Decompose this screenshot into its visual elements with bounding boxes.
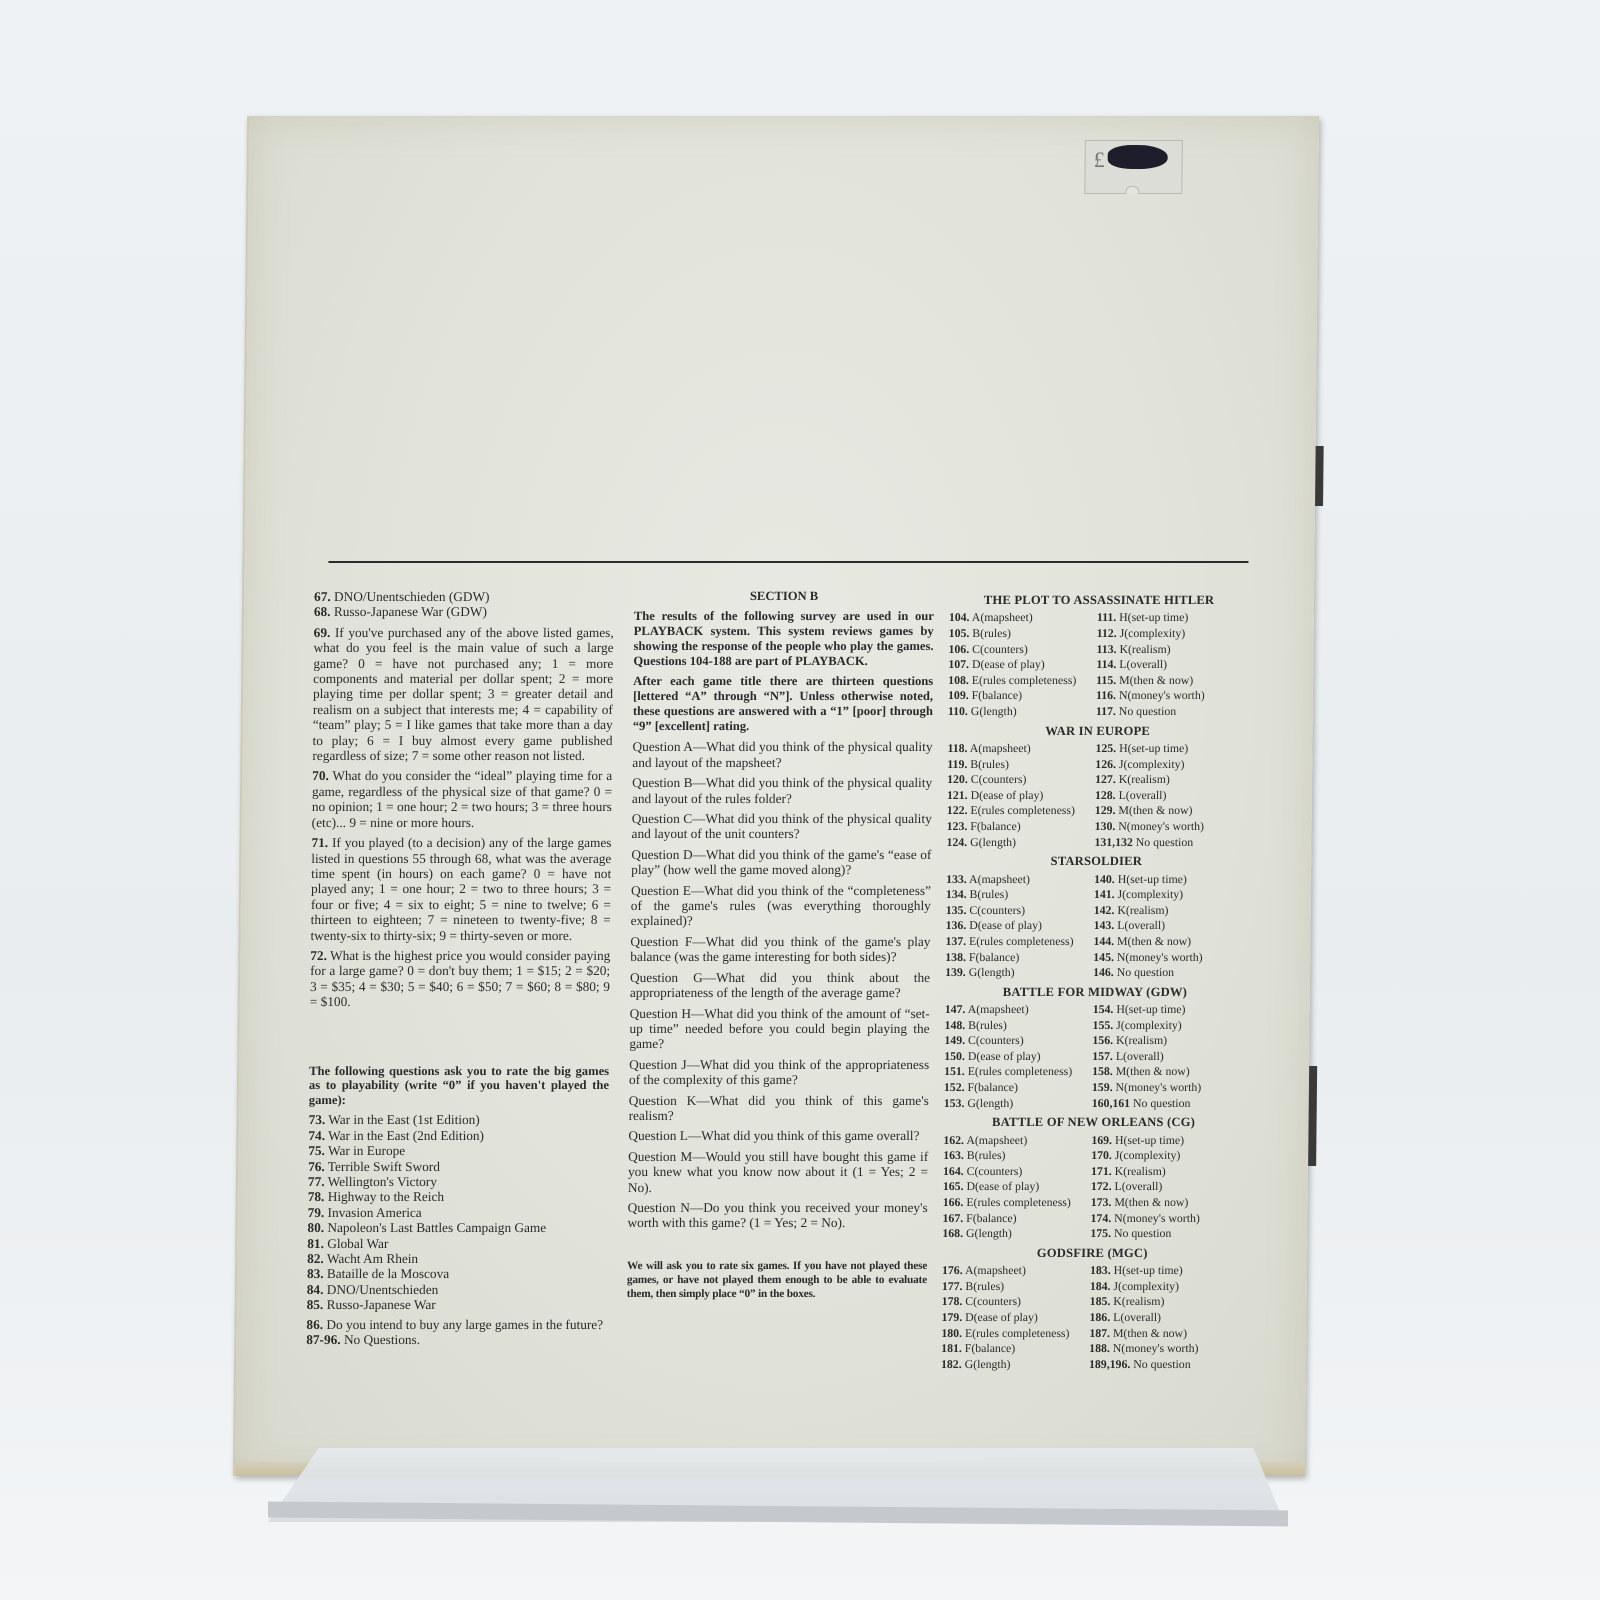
item-number: 177. (942, 1279, 963, 1293)
item-number: 105. (949, 626, 970, 640)
rating-item: 166. E(rules completeness) (943, 1195, 1091, 1211)
item-label: N(money's worth) (1117, 950, 1203, 964)
rating-item: 134. B(rules) (946, 887, 1094, 903)
item-number: 164. (943, 1164, 964, 1178)
item-label: H(set-up time) (1116, 1002, 1185, 1016)
item-number: 175. (1090, 1226, 1111, 1240)
item-number: 181. (941, 1341, 962, 1355)
item-number: 174. (1091, 1211, 1112, 1225)
item-label: M(then & now) (1119, 673, 1193, 687)
item-label: A(mapsheet) (968, 1002, 1029, 1016)
item-label: G(length) (970, 835, 1016, 849)
rating-item: 110. G(length) (948, 704, 1096, 720)
binding-mark (1315, 446, 1324, 506)
rating-item: 123. F(balance) (947, 819, 1095, 835)
item-number: 170. (1091, 1148, 1112, 1162)
rating-item: 127. K(realism) (1095, 772, 1247, 788)
item-number: 156. (1092, 1033, 1113, 1047)
item-label: F(balance) (970, 819, 1021, 833)
rating-item: 151. E(rules completeness) (944, 1064, 1092, 1080)
rating-item: 153. G(length) (944, 1096, 1092, 1112)
item-number: 151. (944, 1064, 965, 1078)
section-instructions: After each game title there are thirteen… (633, 674, 934, 734)
item-label: A(mapsheet) (970, 741, 1031, 755)
item-label: No question (1117, 965, 1174, 979)
item-number: 143. (1094, 918, 1115, 932)
list-item: 84. DNO/Unentschieden (307, 1282, 607, 1297)
rating-item: 185. K(realism) (1090, 1294, 1242, 1310)
rating-item: 105. B(rules) (949, 626, 1097, 642)
item-label: G(length) (971, 704, 1017, 718)
item-number: 138. (945, 950, 966, 964)
rating-item: 171. K(realism) (1091, 1164, 1243, 1180)
game-title: THE PLOT TO ASSASSINATE HITLER (949, 593, 1249, 608)
item-label: L(overall) (1119, 657, 1167, 671)
rating-item: 180. E(rules completeness) (941, 1326, 1089, 1342)
item-number: 158. (1092, 1064, 1113, 1078)
item-number: 160,161 (1092, 1096, 1130, 1110)
rating-grid: 176. A(mapsheet)183. H(set-up time)177. … (941, 1263, 1242, 1372)
rating-item: 129. M(then & now) (1095, 803, 1247, 819)
item-number: 136. (946, 918, 967, 932)
item-number: 157. (1092, 1049, 1113, 1063)
item-label: No question (1136, 835, 1193, 849)
rating-item: 148. B(rules) (945, 1018, 1093, 1034)
rating-item: 114. L(overall) (1096, 657, 1248, 673)
item-number: 134. (946, 887, 967, 901)
item-number: 118. (947, 741, 967, 755)
rating-item: 165. D(ease of play) (943, 1179, 1091, 1195)
rating-item: 138. F(balance) (945, 950, 1093, 966)
rating-item: 115. M(then & now) (1096, 673, 1248, 689)
item-label: L(overall) (1116, 1049, 1164, 1063)
rating-item: 122. E(rules completeness) (947, 803, 1095, 819)
item-number: 141. (1094, 887, 1115, 901)
item-label: B(rules) (967, 1148, 1006, 1162)
item-label: D(ease of play) (965, 1310, 1038, 1324)
question-k: Question K—What did you think of this ga… (629, 1093, 929, 1124)
rating-item: 125. H(set-up time) (1095, 741, 1247, 757)
rating-item: 168. G(length) (942, 1226, 1090, 1242)
item-label: E(rules completeness) (968, 1064, 1073, 1078)
item-label: C(counters) (971, 772, 1027, 786)
rating-item: 181. F(balance) (941, 1341, 1089, 1357)
item-number: 122. (947, 803, 968, 817)
item-label: B(rules) (972, 626, 1011, 640)
column-3: THE PLOT TO ASSASSINATE HITLER104. A(map… (941, 589, 1249, 1372)
list-item: 74. War in the East (2nd Edition) (308, 1128, 608, 1143)
item-number: 127. (1095, 772, 1116, 786)
column-1: 67. DNO/Unentschieden (GDW) 68. Russo-Ja… (306, 589, 614, 1352)
item-number: 182. (941, 1357, 962, 1371)
question-86: 86. Do you intend to buy any large games… (306, 1317, 606, 1332)
item-label: K(realism) (1113, 1294, 1164, 1308)
item-number: 159. (1092, 1080, 1113, 1094)
rating-item: 155. J(complexity) (1093, 1018, 1245, 1034)
rating-item: 118. A(mapsheet) (947, 741, 1095, 757)
item-number: 104. (949, 610, 970, 624)
list-item: 81. Global War (307, 1236, 607, 1251)
question-72: 72. What is the highest price you would … (310, 948, 611, 1010)
list-item: 78. Highway to the Reich (308, 1189, 608, 1204)
game-title: BATTLE FOR MIDWAY (GDW) (945, 985, 1245, 1000)
section-heading: SECTION B (634, 589, 934, 604)
rating-grid: 118. A(mapsheet)125. H(set-up time)119. … (946, 741, 1247, 850)
item-label: L(overall) (1113, 1310, 1161, 1324)
item-number: 107. (948, 657, 969, 671)
item-label: J(complexity) (1116, 1018, 1182, 1032)
item-label: A(mapsheet) (966, 1133, 1027, 1147)
closing-note: We will ask you to rate six games. If yo… (627, 1259, 927, 1301)
item-number: 144. (1093, 934, 1114, 948)
item-label: No question (1119, 704, 1176, 718)
item-label: N(money's worth) (1115, 1080, 1201, 1094)
rating-grid: 104. A(mapsheet)111. H(set-up time)105. … (948, 610, 1249, 719)
item-label: K(realism) (1119, 642, 1170, 656)
item-number: 109. (948, 688, 969, 702)
list-item: 80. Napoleon's Last Battles Campaign Gam… (307, 1220, 607, 1235)
rating-item: 169. H(set-up time) (1091, 1133, 1243, 1149)
item-label: M(then & now) (1116, 1064, 1190, 1078)
item-label: No question (1133, 1357, 1190, 1371)
item-label: D(ease of play) (966, 1179, 1039, 1193)
game-title: GODSFIRE (MGC) (942, 1246, 1242, 1261)
item-number: 123. (947, 819, 968, 833)
item-label: D(ease of play) (971, 788, 1044, 802)
item-label: M(then & now) (1114, 1195, 1188, 1209)
item-number: 137. (945, 934, 966, 948)
rating-item: 108. E(rules completeness) (948, 673, 1096, 689)
item-label: F(balance) (965, 1341, 1016, 1355)
item-number: 152. (944, 1080, 965, 1094)
item-label: C(counters) (968, 1033, 1024, 1047)
item-number: 115. (1096, 673, 1116, 687)
rating-item: 133. A(mapsheet) (946, 872, 1094, 888)
rating-item: 147. A(mapsheet) (945, 1002, 1093, 1018)
rating-item: 106. C(counters) (948, 642, 1096, 658)
rating-item: 121. D(ease of play) (947, 788, 1095, 804)
item-label: G(length) (969, 965, 1015, 979)
rating-item: 145. N(money's worth) (1093, 950, 1245, 966)
rating-item: 177. B(rules) (942, 1279, 1090, 1295)
item-label: G(length) (966, 1226, 1012, 1240)
rating-grid: 133. A(mapsheet)140. H(set-up time)134. … (945, 872, 1246, 981)
section-intro: The results of the following survey are … (633, 609, 934, 669)
item-number: 131,132 (1094, 835, 1132, 849)
item-label: K(realism) (1119, 772, 1170, 786)
item-label: E(rules completeness) (972, 673, 1077, 687)
item-number: 146. (1093, 965, 1114, 979)
item-number: 154. (1093, 1002, 1114, 1016)
item-label: B(rules) (970, 757, 1009, 771)
question-69: 69. If you've purchased any of the above… (312, 625, 613, 764)
item-number: 111. (1097, 610, 1116, 624)
rating-item: 187. M(then & now) (1089, 1326, 1241, 1342)
ink-blot (1108, 145, 1168, 169)
rating-item: 135. C(counters) (946, 903, 1094, 919)
item-number: 140. (1094, 872, 1115, 886)
rating-item: 136. D(ease of play) (946, 918, 1094, 934)
item-label: E(rules completeness) (969, 934, 1074, 948)
rating-item: 160,161 No question (1092, 1096, 1244, 1112)
rating-item: 119. B(rules) (947, 757, 1095, 773)
item-number: 184. (1090, 1279, 1111, 1293)
item-label: M(then & now) (1118, 803, 1192, 817)
rating-item: 124. G(length) (946, 835, 1094, 851)
question-70: 70. What do you consider the “ideal” pla… (312, 768, 613, 830)
list-item: 76. Terrible Swift Sword (308, 1159, 608, 1174)
item-label: C(counters) (965, 1294, 1021, 1308)
item-67: 67. DNO/Unentschieden (GDW) (314, 589, 614, 604)
item-label: No question (1114, 1226, 1171, 1240)
rating-item: 107. D(ease of play) (948, 657, 1096, 673)
item-label: J(complexity) (1118, 887, 1184, 901)
item-68: 68. Russo-Japanese War (GDW) (314, 604, 614, 619)
rating-item: 131,132 No question (1094, 835, 1246, 851)
rating-item: 146. No question (1093, 965, 1245, 981)
item-number: 185. (1090, 1294, 1111, 1308)
item-number: 173. (1091, 1195, 1112, 1209)
rating-item: 154. H(set-up time) (1093, 1002, 1245, 1018)
pound-sign: £ (1094, 147, 1105, 173)
item-label: G(length) (967, 1096, 1013, 1110)
item-number: 119. (947, 757, 967, 771)
item-label: D(ease of play) (972, 657, 1045, 671)
binding-mark (1308, 1066, 1317, 1166)
item-label: B(rules) (970, 887, 1009, 901)
item-label: G(length) (965, 1357, 1011, 1371)
item-number: 179. (941, 1310, 962, 1324)
question-e: Question E—What did you think of the “co… (631, 883, 931, 929)
rating-intro: The following questions ask you to rate … (309, 1064, 609, 1108)
question-g: Question G—What did you think about the … (630, 970, 930, 1001)
item-number: 120. (947, 772, 968, 786)
rating-item: 116. N(money's worth) (1096, 688, 1248, 704)
rating-grid: 147. A(mapsheet)154. H(set-up time)148. … (944, 1002, 1245, 1111)
item-number: 135. (946, 903, 967, 917)
item-label: L(overall) (1119, 788, 1167, 802)
item-label: F(balance) (966, 1211, 1017, 1225)
rating-item: 163. B(rules) (943, 1148, 1091, 1164)
rating-item: 158. M(then & now) (1092, 1064, 1244, 1080)
item-number: 149. (944, 1033, 965, 1047)
item-number: 155. (1093, 1018, 1114, 1032)
item-label: A(mapsheet) (972, 610, 1033, 624)
rating-item: 162. A(mapsheet) (943, 1133, 1091, 1149)
rating-item: 109. F(balance) (948, 688, 1096, 704)
item-number: 147. (945, 1002, 966, 1016)
item-number: 163. (943, 1148, 964, 1162)
item-number: 153. (944, 1096, 965, 1110)
rating-item: 159. N(money's worth) (1092, 1080, 1244, 1096)
rating-item: 175. No question (1090, 1226, 1242, 1242)
item-number: 110. (948, 704, 968, 718)
item-label: N(money's worth) (1114, 1211, 1200, 1225)
question-j: Question J—What did you think of the app… (629, 1057, 929, 1088)
item-label: J(complexity) (1115, 1148, 1181, 1162)
rating-item: 126. J(complexity) (1095, 757, 1247, 773)
item-label: E(rules completeness) (966, 1195, 1071, 1209)
item-label: A(mapsheet) (969, 872, 1030, 886)
item-label: H(set-up time) (1119, 741, 1188, 755)
item-number: 121. (947, 788, 968, 802)
item-number: 142. (1094, 903, 1115, 917)
question-d: Question D—What did you think of the gam… (631, 847, 931, 878)
item-label: J(complexity) (1120, 626, 1186, 640)
item-number: 178. (942, 1294, 963, 1308)
item-label: C(counters) (972, 642, 1028, 656)
item-label: J(complexity) (1119, 757, 1185, 771)
rating-item: 189,196. No question (1089, 1357, 1241, 1373)
rating-item: 143. L(overall) (1094, 918, 1246, 934)
item-number: 124. (946, 835, 967, 849)
item-number: 148. (945, 1018, 966, 1032)
item-label: N(money's worth) (1119, 688, 1205, 702)
item-label: B(rules) (968, 1018, 1007, 1032)
rating-item: 157. L(overall) (1092, 1049, 1244, 1065)
rating-item: 183. H(set-up time) (1090, 1263, 1242, 1279)
item-number: 125. (1095, 741, 1116, 755)
rating-item: 152. F(balance) (944, 1080, 1092, 1096)
question-a: Question A—What did you think of the phy… (632, 739, 932, 770)
rating-item: 174. N(money's worth) (1090, 1211, 1242, 1227)
list-item: 82. Wacht Am Rhein (307, 1251, 607, 1266)
list-item: 83. Bataille de la Moscova (307, 1266, 607, 1281)
rating-item: 179. D(ease of play) (941, 1310, 1089, 1326)
item-label: K(realism) (1115, 1164, 1166, 1178)
item-number: 145. (1093, 950, 1114, 964)
rating-item: 111. H(set-up time) (1097, 610, 1249, 626)
rating-item: 172. L(overall) (1091, 1179, 1243, 1195)
item-number: 188. (1089, 1341, 1110, 1355)
rating-item: 186. L(overall) (1089, 1310, 1241, 1326)
item-number: 126. (1095, 757, 1116, 771)
item-label: L(overall) (1117, 918, 1165, 932)
item-number: 162. (943, 1133, 964, 1147)
question-h: Question H—What did you think of the amo… (629, 1006, 929, 1052)
item-label: N(money's worth) (1113, 1341, 1199, 1355)
rating-item: 167. F(balance) (942, 1211, 1090, 1227)
game-title: WAR IN EUROPE (948, 724, 1248, 739)
item-label: No question (1133, 1096, 1190, 1110)
item-number: 180. (941, 1326, 962, 1340)
question-b: Question B—What did you think of the phy… (632, 775, 932, 806)
item-number: 133. (946, 872, 967, 886)
item-number: 183. (1090, 1263, 1111, 1277)
item-label: C(counters) (967, 1164, 1023, 1178)
rating-item: 176. A(mapsheet) (942, 1263, 1090, 1279)
item-label: M(then & now) (1117, 934, 1191, 948)
item-number: 139. (945, 965, 966, 979)
rating-item: 130. N(money's worth) (1095, 819, 1247, 835)
item-number: 106. (948, 642, 969, 656)
game-title: STARSOLDIER (946, 854, 1246, 869)
rating-item: 156. K(realism) (1092, 1033, 1244, 1049)
item-label: H(set-up time) (1115, 1133, 1184, 1147)
list-item: 75. War in Europe (308, 1143, 608, 1158)
item-number: 113. (1096, 642, 1116, 656)
item-number: 114. (1096, 657, 1116, 671)
rating-item: 164. C(counters) (943, 1164, 1091, 1180)
rating-item: 117. No question (1096, 704, 1248, 720)
rating-item: 144. M(then & now) (1093, 934, 1245, 950)
question-m: Question M—Would you still have bought t… (628, 1149, 928, 1195)
questions-87-96: 87-96. No Questions. (306, 1332, 606, 1347)
item-number: 117. (1096, 704, 1116, 718)
rating-item: 149. C(counters) (944, 1033, 1092, 1049)
item-number: 167. (943, 1211, 964, 1225)
item-label: K(realism) (1117, 903, 1168, 917)
item-number: 168. (942, 1226, 963, 1240)
item-label: F(balance) (967, 1080, 1018, 1094)
question-l: Question L—What did you think of this ga… (628, 1128, 928, 1143)
price-sticker: £ (1084, 140, 1183, 194)
question-n: Question N—Do you think you received you… (627, 1200, 927, 1231)
item-number: 176. (942, 1263, 963, 1277)
item-number: 187. (1089, 1326, 1110, 1340)
rating-item: 137. E(rules completeness) (945, 934, 1093, 950)
item-number: 128. (1095, 788, 1116, 802)
question-f: Question F—What did you think of the gam… (630, 934, 930, 965)
item-number: 189,196. (1089, 1357, 1130, 1371)
item-label: E(rules completeness) (970, 803, 1075, 817)
item-label: M(then & now) (1113, 1326, 1187, 1340)
item-label: E(rules completeness) (965, 1326, 1070, 1340)
question-c: Question C—What did you think of the phy… (632, 811, 932, 842)
column-2: SECTION B The results of the following s… (627, 589, 935, 1306)
item-number: 172. (1091, 1179, 1112, 1193)
game-title: BATTLE OF NEW ORLEANS (CG) (943, 1115, 1243, 1130)
item-label: H(set-up time) (1118, 872, 1187, 886)
item-number: 169. (1091, 1133, 1112, 1147)
rating-item: 104. A(mapsheet) (949, 610, 1097, 626)
item-label: F(balance) (969, 950, 1020, 964)
item-label: C(counters) (969, 903, 1025, 917)
item-number: 112. (1097, 626, 1117, 640)
item-label: F(balance) (972, 688, 1023, 702)
item-label: B(rules) (965, 1279, 1004, 1293)
list-item: 73. War in the East (1st Edition) (309, 1112, 609, 1127)
rating-item: 188. N(money's worth) (1089, 1341, 1241, 1357)
list-item: 79. Invasion America (308, 1205, 608, 1220)
item-label: L(overall) (1114, 1179, 1162, 1193)
rating-item: 141. J(complexity) (1094, 887, 1246, 903)
item-number: 186. (1089, 1310, 1110, 1324)
item-number: 171. (1091, 1164, 1112, 1178)
magazine-back-page: £ 67. DNO/Unentschieden (GDW) 68. Russo-… (233, 116, 1319, 1476)
horizontal-rule (328, 561, 1248, 563)
item-label: H(set-up time) (1119, 610, 1188, 624)
big-games-list: 73. War in the East (1st Edition) 74. Wa… (307, 1112, 609, 1312)
question-71: 71. If you played (to a decision) any of… (310, 835, 611, 943)
rating-item: 140. H(set-up time) (1094, 872, 1246, 888)
item-label: N(money's worth) (1118, 819, 1204, 833)
rating-item: 128. L(overall) (1095, 788, 1247, 804)
rating-grid: 162. A(mapsheet)169. H(set-up time)163. … (942, 1133, 1243, 1242)
rating-item: 113. K(realism) (1096, 642, 1248, 658)
item-label: J(complexity) (1113, 1279, 1179, 1293)
rating-item: 178. C(counters) (942, 1294, 1090, 1310)
rating-item: 139. G(length) (945, 965, 1093, 981)
item-label: D(ease of play) (969, 918, 1042, 932)
rating-item: 150. D(ease of play) (944, 1049, 1092, 1065)
rating-item: 112. J(complexity) (1097, 626, 1249, 642)
rating-item: 170. J(complexity) (1091, 1148, 1243, 1164)
item-number: 165. (943, 1179, 964, 1193)
item-number: 129. (1095, 803, 1116, 817)
rating-item: 182. G(length) (941, 1357, 1089, 1373)
list-item: 85. Russo-Japanese War (307, 1297, 607, 1312)
